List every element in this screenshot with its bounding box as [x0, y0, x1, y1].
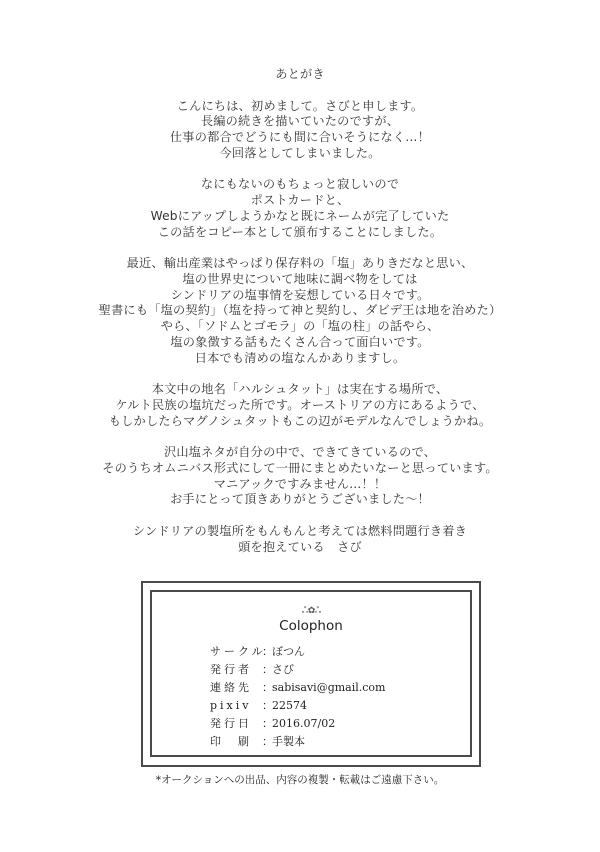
contact-email: sabisavi@gmail.com — [272, 679, 385, 697]
text-line: この話をコピー本として頒布することにしました。 — [0, 225, 600, 241]
colophon-row-contact: 連絡先 ： sabisavi@gmail.com — [210, 679, 385, 697]
text-line: 本文中の地名「ハルシュタット」は実在する場所で、 — [0, 382, 600, 398]
afterword: あとがき こんにちは、初めまして。さびと申します。 長編の続きを描いていたのです… — [0, 67, 600, 571]
row-key: 印 刷 — [210, 733, 262, 751]
paragraph-salt: 最近、輸出産業はやっぱり保存料の「塩」ありきだなと思い、 塩の世界史について地味… — [0, 256, 600, 366]
colophon-row-circle: サークル ： ぼつん — [210, 643, 385, 661]
afterword-title: あとがき — [0, 67, 600, 83]
text-line: そのうちオムニバス形式にして一冊にまとめたいなーと思っています。 — [0, 461, 600, 477]
row-separator: ： — [262, 697, 272, 715]
colophon-box: ஃ✿ஃ Colophon サークル ： ぼつん 発行者 ： さび 連絡先 ： s… — [141, 581, 481, 767]
paragraph-thanks: 沢山塩ネタが自分の中で、できてきているので、 そのうちオムニバス形式にして一冊に… — [0, 445, 600, 508]
text-line: もしかしたらマグノシュタットもこの辺がモデルなんでしょうかね。 — [0, 414, 600, 430]
row-key: 発行者 — [210, 661, 262, 679]
signature-line: 頭を抱えている さび — [0, 540, 600, 556]
row-value: ぼつん — [272, 643, 305, 661]
text-line: 塩の象徴する話もたくさん合って面白いです。 — [0, 335, 600, 351]
paragraph-greeting: こんにちは、初めまして。さびと申します。 長編の続きを描いていたのですが、 仕事… — [0, 99, 600, 162]
text-line: こんにちは、初めまして。さびと申します。 — [0, 99, 600, 115]
text-line: 塩の世界史について地味に調べ物をしては — [0, 272, 600, 288]
text-line: 今回落としてしまいました。 — [0, 146, 600, 162]
row-separator: ： — [262, 715, 272, 733]
row-key: 発行日 — [210, 715, 262, 733]
row-key: サークル — [210, 643, 262, 661]
row-separator: ： — [262, 733, 272, 751]
text-line: ポストカードと、 — [0, 193, 600, 209]
row-value: さび — [272, 661, 294, 679]
paragraph-signoff: シンドリアの製塩所をもんもんと考えては燃料問題行き着き 頭を抱えている さび — [0, 524, 600, 556]
text-line: やら、「ソドムとゴモラ」の「塩の柱」の話やら、 — [0, 319, 600, 335]
colophon-list: サークル ： ぼつん 発行者 ： さび 連絡先 ： sabisavi@gmail… — [210, 643, 385, 751]
text-line: マニアックですみません…！！ — [0, 477, 600, 493]
text-line: シンドリアの製塩所をもんもんと考えては燃料問題行き着き — [0, 524, 600, 540]
row-value: 手製本 — [272, 733, 305, 751]
text-line: 聖書にも「塩の契約」（塩を持って神と契約し、ダビデ王は地を治めた） — [0, 303, 600, 319]
text-line: お手にとって頂きありがとうございました～！ — [0, 492, 600, 508]
text-line: 仕事の都合でどうにも間に合いそうになく…！ — [0, 130, 600, 146]
colophon-row-pixiv: pixiv ： 22574 — [210, 697, 385, 715]
row-separator: ： — [262, 679, 272, 697]
text-line: 日本でも清めの塩なんかありますし。 — [0, 351, 600, 367]
text-line: Webにアップしようかなと既にネームが完了していた — [0, 209, 600, 225]
text-line: シンドリアの塩事情を妄想している日々です。 — [0, 288, 600, 304]
text-line: ケルト民族の塩坑だった所です。オーストリアの方にあるようで、 — [0, 398, 600, 414]
text-line: 最近、輸出産業はやっぱり保存料の「塩」ありきだなと思い、 — [0, 256, 600, 272]
colophon-row-date: 発行日 ： 2016.07/02 — [210, 715, 385, 733]
paragraph-copybook: なにもないのもちょっと寂しいので ポストカードと、 Webにアップしようかなと既… — [0, 177, 600, 240]
row-key: pixiv — [210, 697, 262, 715]
row-key: 連絡先 — [210, 679, 262, 697]
row-value: 22574 — [272, 697, 307, 715]
colophon-inner-frame: ஃ✿ஃ Colophon サークル ： ぼつん 発行者 ： さび 連絡先 ： s… — [150, 590, 472, 757]
text-line: 沢山塩ネタが自分の中で、できてきているので、 — [0, 445, 600, 461]
text-line: 長編の続きを描いていたのですが、 — [0, 114, 600, 130]
reproduction-notice: *オークションへの出品、内容の複製・転載はご遠慮下さい。 — [0, 772, 600, 787]
row-separator: ： — [262, 643, 272, 661]
row-value: 2016.07/02 — [272, 715, 335, 733]
tiara-ornament-icon: ஃ✿ஃ — [152, 606, 470, 617]
colophon-row-publisher: 発行者 ： さび — [210, 661, 385, 679]
row-separator: ： — [262, 661, 272, 679]
paragraph-hallstatt: 本文中の地名「ハルシュタット」は実在する場所で、 ケルト民族の塩坑だった所です。… — [0, 382, 600, 429]
colophon-title: Colophon — [152, 618, 470, 634]
text-line: なにもないのもちょっと寂しいので — [0, 177, 600, 193]
colophon-row-printing: 印 刷 ： 手製本 — [210, 733, 385, 751]
